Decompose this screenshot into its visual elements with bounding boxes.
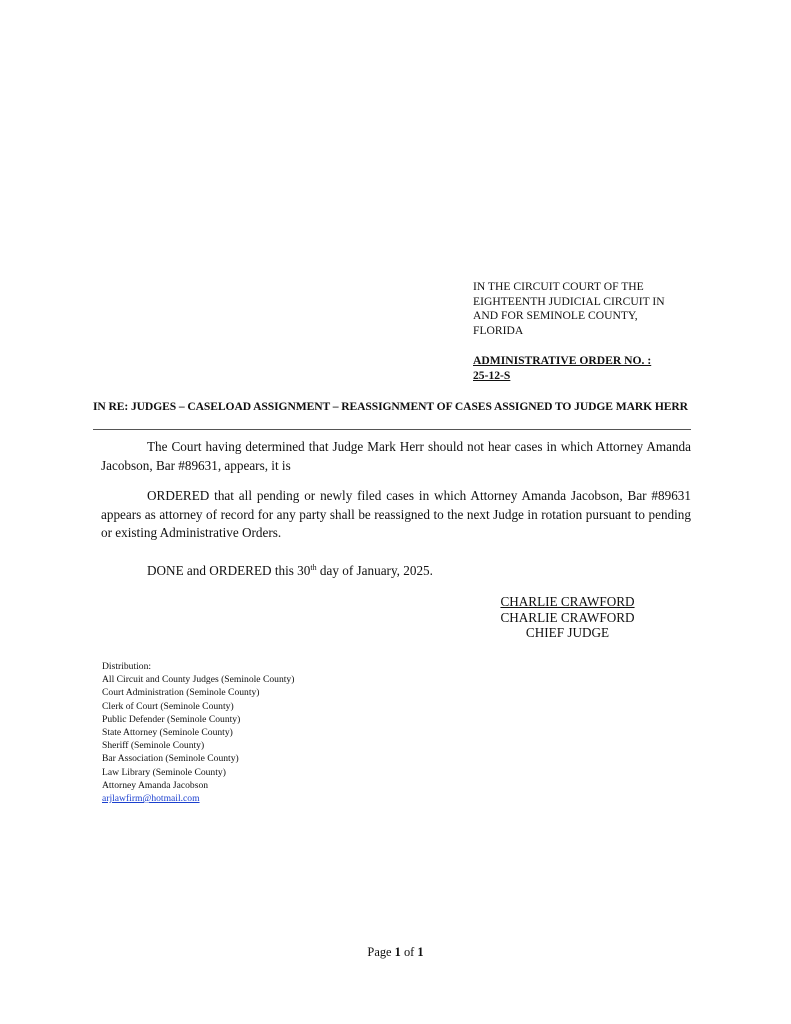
signer-title: CHIEF JUDGE — [495, 625, 640, 641]
done-and-ordered: DONE and ORDERED this 30th day of Januar… — [147, 562, 433, 580]
done-prefix: DONE and ORDERED this 30 — [147, 563, 310, 578]
list-item: State Attorney (Seminole County) — [102, 726, 294, 739]
order-label: ADMINISTRATIVE ORDER NO. : — [473, 354, 651, 369]
done-suffix: day of January, 2025. — [317, 563, 433, 578]
recipient-name: Attorney Amanda Jacobson — [102, 779, 294, 792]
signature-block: CHARLIE CRAWFORD CHARLIE CRAWFORD CHIEF … — [495, 594, 640, 641]
list-item: Public Defender (Seminole County) — [102, 713, 294, 726]
list-item: Law Library (Seminole County) — [102, 766, 294, 779]
page-number: Page 1 of 1 — [0, 945, 791, 960]
list-item: All Circuit and County Judges (Seminole … — [102, 673, 294, 686]
paragraph-ordered: ORDERED that all pending or newly filed … — [101, 487, 691, 543]
current-page: 1 — [395, 945, 401, 959]
administrative-order-number: ADMINISTRATIVE ORDER NO. : 25-12-S — [473, 354, 651, 383]
court-caption: IN THE CIRCUIT COURT OF THE EIGHTEENTH J… — [473, 280, 713, 338]
court-caption-line: EIGHTEENTH JUDICIAL CIRCUIT IN — [473, 295, 713, 310]
list-item: Sheriff (Seminole County) — [102, 739, 294, 752]
printed-name: CHARLIE CRAWFORD — [495, 610, 640, 626]
heading-divider — [93, 429, 691, 430]
paragraph-determination: The Court having determined that Judge M… — [101, 438, 691, 475]
in-re-heading: IN RE: JUDGES – CASELOAD ASSIGNMENT – RE… — [93, 400, 713, 414]
distribution-list: Distribution: All Circuit and County Jud… — [102, 660, 294, 805]
court-caption-line: AND FOR SEMINOLE COUNTY, — [473, 309, 713, 324]
list-item: Bar Association (Seminole County) — [102, 752, 294, 765]
list-item: Clerk of Court (Seminole County) — [102, 700, 294, 713]
total-pages: 1 — [417, 945, 423, 959]
email-link[interactable]: arjlawfirm@hotmail.com — [102, 793, 200, 804]
order-number: 25-12-S — [473, 369, 651, 384]
list-item: Court Administration (Seminole County) — [102, 686, 294, 699]
court-caption-line: FLORIDA — [473, 324, 713, 339]
court-caption-line: IN THE CIRCUIT COURT OF THE — [473, 280, 713, 295]
distribution-heading: Distribution: — [102, 660, 294, 673]
list-item: Attorney Amanda Jacobson arjlawfirm@hotm… — [102, 779, 294, 805]
signed-name: CHARLIE CRAWFORD — [495, 594, 640, 610]
